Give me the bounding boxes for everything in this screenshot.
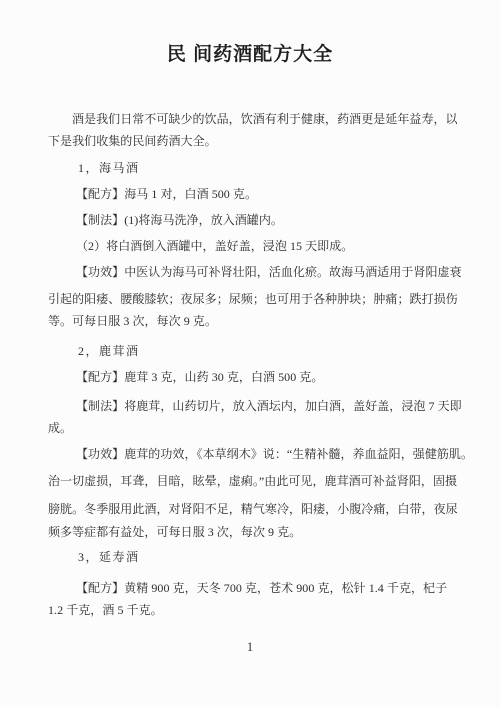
effect-line: 【功效】中医认为海马可补肾壮阳，活血化瘀。故海马酒适用于肾阳虚衰 [48, 262, 480, 282]
method-line: 【制法】将鹿茸，山药切片，放入酒坛内，加白酒，盖好盖，浸泡 7 天即 [48, 396, 480, 416]
recipe-line: 【配方】黄精 900 克，天冬 700 克，苍术 900 克，松针 1.4 千克… [48, 578, 480, 598]
effect-line: 频多等症都有益处，可每日服 3 次，每次 9 克。 [48, 522, 452, 542]
recipe-line: 【配方】鹿茸 3 克，山药 30 克，白酒 500 克。 [48, 367, 480, 387]
section-2-heading: 2，鹿茸酒 [48, 341, 482, 361]
intro-line: 酒是我们日常不可缺少的饮品，饮酒有利于健康，药酒更是延年益寿，以 [48, 109, 476, 129]
document-page: 民 间药酒配方大全 酒是我们日常不可缺少的饮品，饮酒有利于健康，药酒更是延年益寿… [0, 0, 500, 707]
method-line: 【制法】(1)将海马洗净，放入酒罐内。 [48, 210, 480, 230]
effect-line: 膀胱。冬季服用此酒，对肾阳不足，精气寒冷，阳痿，小腹冷痛，白带，夜尿 [48, 499, 452, 519]
document-title: 民 间药酒配方大全 [0, 39, 500, 66]
intro-line: 下是我们收集的民间药酒大全。 [48, 131, 452, 151]
effect-line: 治一切虚损，耳聋，目暗，眩晕，虚痢。”由此可见，鹿茸酒可补益肾阳，固摄 [48, 471, 452, 491]
effect-line: 等。可每日服 3 次，每次 9 克。 [48, 311, 452, 331]
page-number: 1 [0, 640, 500, 655]
method-line: （2）将白酒倒入酒罐中，盖好盖，浸泡 15 天即成。 [48, 236, 480, 256]
section-1-heading: 1，海马酒 [48, 158, 482, 178]
method-line: 成。 [48, 418, 452, 438]
effect-line: 引起的阳痿、腰酸膝软；夜尿多；尿频；也可用于各种肿块；肿痛；跌打损伤 [48, 289, 452, 309]
effect-line: 【功效】鹿茸的功效，《本草纲木》说：“生精补髓，养血益阳，强健筋肌。 [48, 444, 480, 464]
section-3-heading: 3，延寿酒 [48, 547, 482, 567]
recipe-line: 1.2 千克，酒 5 千克。 [48, 600, 452, 620]
recipe-line: 【配方】海马 1 对，白酒 500 克。 [48, 184, 480, 204]
